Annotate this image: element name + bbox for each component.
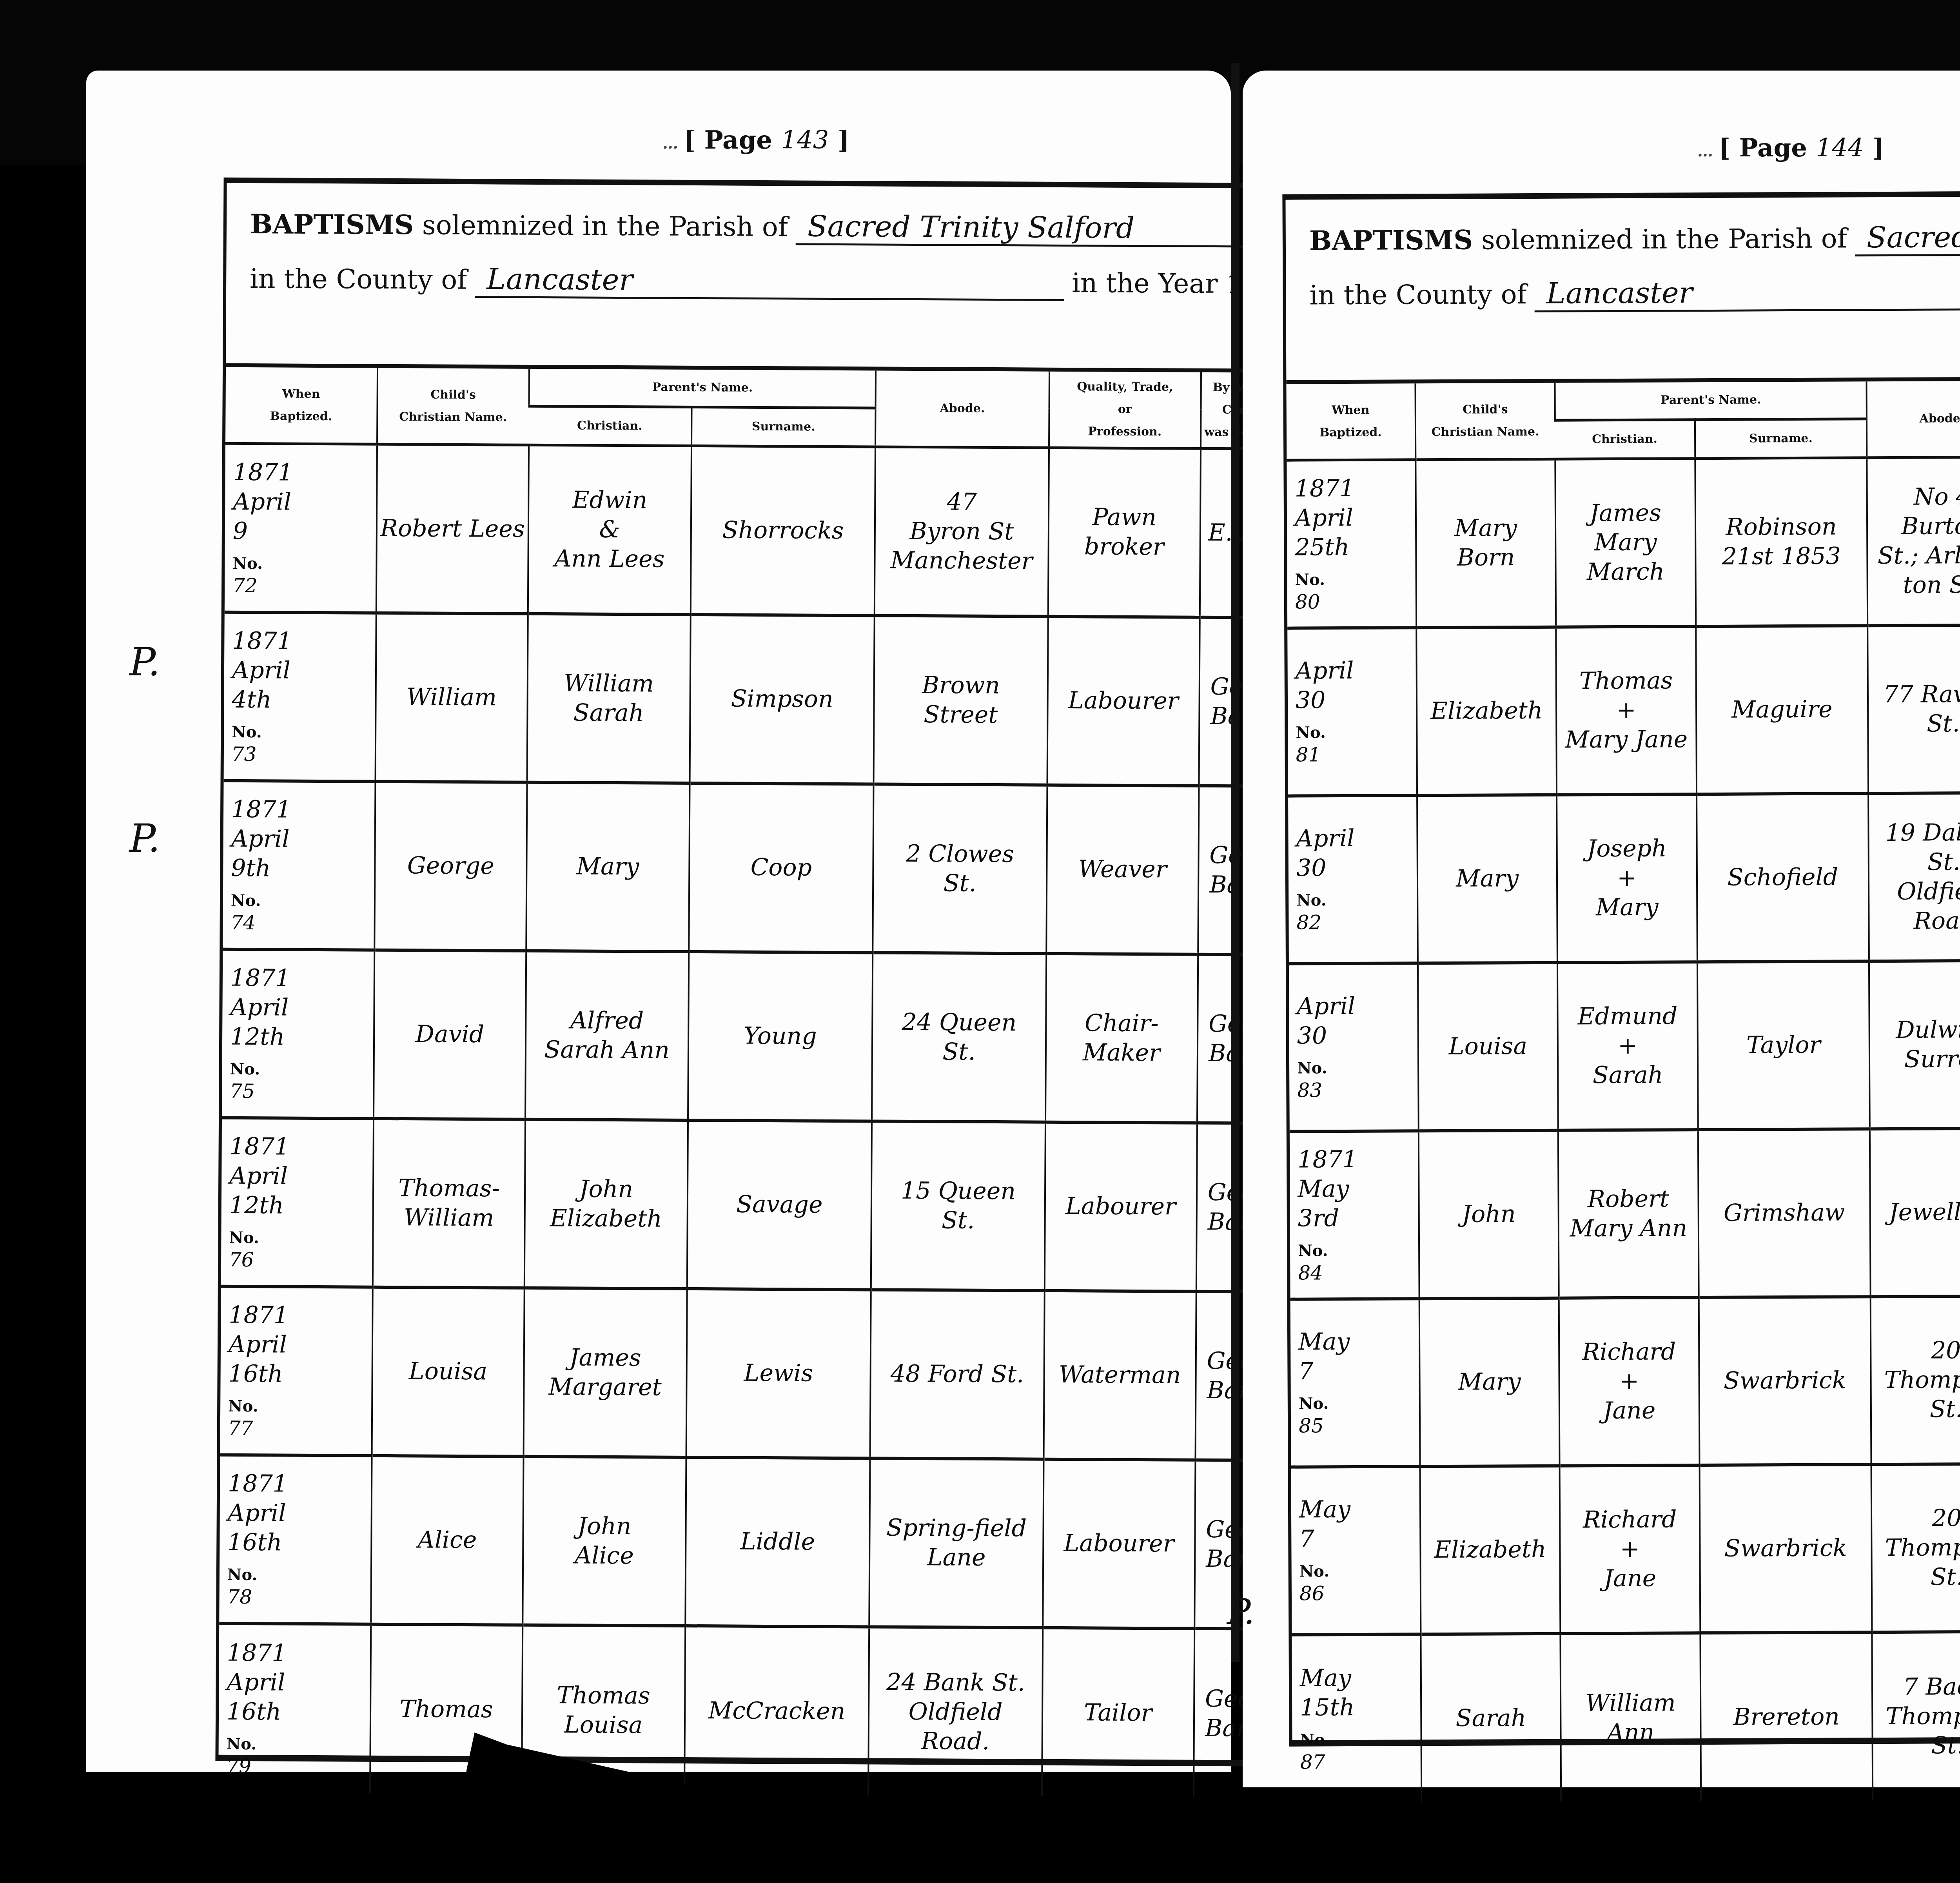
text-line: Grimshaw xyxy=(1701,1198,1867,1228)
entry-number: No. 83 xyxy=(1297,1058,1415,1103)
col-parent-surname: Surname. xyxy=(691,407,876,447)
heading-baptisms: BAPTISMS xyxy=(1309,225,1473,257)
text-line: Joseph xyxy=(1560,834,1694,863)
text-line: 25th xyxy=(1295,532,1413,562)
text-line: St. xyxy=(1871,709,1960,739)
cell-child-name: David xyxy=(374,950,526,1119)
cell-child-name: William xyxy=(375,613,528,782)
text-line: Thompson xyxy=(1875,1533,1960,1563)
text-line: Margaret xyxy=(527,1372,683,1402)
text-line: Elizabeth xyxy=(528,1203,684,1234)
cell-trade: Labourer xyxy=(1043,1459,1195,1628)
text-line: William xyxy=(531,668,687,698)
cell-trade: Tailor xyxy=(1042,1627,1194,1797)
cell-parent-surname: Swarbrick xyxy=(1699,1297,1871,1465)
text-line: Road. xyxy=(872,1726,1039,1756)
text-line: April xyxy=(229,1161,370,1192)
entry-number: No. 76 xyxy=(229,1228,370,1273)
register-entry-row: 1871May3rdNo. 84JohnRobertMary AnnGrimsh… xyxy=(1290,1127,1960,1299)
text-line: Louisa xyxy=(375,1357,521,1387)
cell-parent-surname: Savage xyxy=(687,1120,872,1289)
text-line: Sarah xyxy=(1424,1703,1558,1733)
cell-parent-christian: Thomas+Mary Jane xyxy=(1556,626,1696,795)
col-child-name: Child'sChristian Name. xyxy=(1415,383,1555,460)
text-line: Jane xyxy=(1563,1564,1697,1593)
cell-parent-surname: Grimshaw xyxy=(1698,1129,1870,1297)
entry-number: No. 84 xyxy=(1298,1241,1416,1285)
text-line: Edmund xyxy=(1561,1001,1695,1031)
text-line: 24 Queen xyxy=(876,1007,1043,1038)
cell-abode: 19 Dalton St.OldfieldRoad xyxy=(1868,793,1960,961)
cell-when-baptized: 1871April12thNo. 75 xyxy=(222,949,374,1118)
cell-parent-christian: WilliamAnn xyxy=(1561,1633,1701,1801)
text-line: 24 Bank St. xyxy=(872,1667,1040,1698)
pencil-mark: … xyxy=(662,134,678,152)
cell-when-baptized: 1871April25thNo. 80 xyxy=(1287,460,1416,628)
text-line: Coop xyxy=(692,853,870,883)
text-line: No 4 Burton xyxy=(1870,482,1960,542)
text-line: Alice xyxy=(374,1525,520,1555)
text-line: Brown xyxy=(877,670,1045,700)
cell-parent-surname: Young xyxy=(688,951,873,1121)
text-line: Louisa xyxy=(1421,1032,1555,1061)
text-line: Byron St xyxy=(878,516,1045,546)
entry-number-value: 75 xyxy=(230,1079,370,1104)
text-line: St. xyxy=(1874,1395,1960,1425)
text-line: 20 xyxy=(1875,1504,1960,1534)
cell-when-baptized: April30No. 82 xyxy=(1288,795,1418,963)
entry-number: No. 80 xyxy=(1295,570,1413,614)
text-line: 30 xyxy=(1296,686,1414,715)
text-line: + xyxy=(1559,695,1693,725)
cell-parent-surname: Shorrocks xyxy=(690,446,875,615)
register-entry-row: April30No. 83LouisaEdmund+SarahTaylorDul… xyxy=(1289,959,1960,1131)
entry-number-value: 76 xyxy=(229,1248,370,1273)
cell-child-name: George xyxy=(374,781,527,951)
text-line: 77 Ravald xyxy=(1871,679,1960,709)
col-abode: Abode. xyxy=(1867,381,1960,458)
text-line: Robert Lees xyxy=(380,514,525,544)
text-line: 48 Ford St. xyxy=(874,1359,1041,1389)
cell-child-name: Robert Lees xyxy=(376,444,529,613)
text-line: 12th xyxy=(229,1191,370,1221)
cell-child-name: Alice xyxy=(371,1455,523,1625)
text-line: 16th xyxy=(227,1528,368,1558)
text-line: 47 xyxy=(878,487,1045,517)
entry-number-value: 72 xyxy=(232,573,373,598)
text-line: George xyxy=(378,851,523,881)
cell-trade: Chair-Maker xyxy=(1045,953,1198,1123)
register-entry-row: May7No. 86ElizabethRichard+JaneSwarbrick… xyxy=(1291,1462,1960,1634)
text-line: April xyxy=(230,993,371,1023)
entry-number: No. 75 xyxy=(230,1059,371,1104)
entry-number: No. 78 xyxy=(227,1565,368,1610)
text-line: James xyxy=(527,1342,684,1373)
text-line: 21st 1853 xyxy=(1699,542,1864,572)
entries-table: WhenBaptized. Child'sChristian Name. Par… xyxy=(1286,379,1960,1802)
text-line: May xyxy=(1298,1327,1416,1357)
cell-parent-surname: Liddle xyxy=(685,1457,870,1626)
cell-abode: 24 Bank St.OldfieldRoad. xyxy=(868,1627,1042,1796)
text-line: John xyxy=(1422,1199,1555,1229)
text-line: Sarah xyxy=(1561,1060,1695,1090)
cell-parent-surname: Swarbrick xyxy=(1699,1464,1872,1633)
entry-number-value: 83 xyxy=(1297,1078,1415,1103)
entry-number-value: 87 xyxy=(1300,1750,1418,1775)
entry-number: No. 87 xyxy=(1300,1730,1418,1775)
text-line: 20 xyxy=(1874,1336,1960,1366)
register-entry-row: 1871April12thNo. 75DavidAlfredSarah AnnY… xyxy=(222,949,1306,1123)
cell-when-baptized: 1871April16thNo. 78 xyxy=(219,1455,372,1624)
cell-when-baptized: 1871May3rdNo. 84 xyxy=(1290,1131,1419,1299)
register-entry-row: April30No. 81ElizabethThomas+Mary JaneMa… xyxy=(1287,624,1960,796)
text-line: Brereton xyxy=(1704,1702,1869,1732)
text-line: 1871 xyxy=(231,795,372,825)
cell-child-name: Louisa xyxy=(1418,962,1558,1131)
text-line: Edwin xyxy=(532,485,688,515)
text-line: Elizabeth xyxy=(1420,696,1553,726)
text-line: Taylor xyxy=(1700,1030,1866,1060)
entry-number: No. 72 xyxy=(232,553,374,598)
register-entry-row: May7No. 85MaryRichard+JaneSwarbrick20Tho… xyxy=(1290,1295,1960,1467)
cell-abode: 15 QueenSt. xyxy=(871,1121,1045,1290)
cell-parent-christian: JamesMargaret xyxy=(523,1288,687,1457)
margin-note-p: P. xyxy=(129,639,160,685)
text-line: 1871 xyxy=(1294,473,1412,503)
cell-parent-surname: Maguire xyxy=(1696,626,1868,794)
cell-child-name: Mary xyxy=(1419,1298,1560,1466)
entry-number-value: 79 xyxy=(226,1754,367,1779)
cell-parent-surname: Robinson21st 1853 xyxy=(1695,458,1867,626)
text-line: Weaver xyxy=(1050,854,1195,885)
text-line: St. xyxy=(875,1037,1043,1067)
cell-parent-surname: Taylor xyxy=(1697,961,1870,1130)
cell-parent-christian: Edmund+Sarah xyxy=(1557,962,1698,1130)
text-line: Richard xyxy=(1563,1505,1697,1535)
text-line: + xyxy=(1561,1031,1695,1061)
text-line: Simpson xyxy=(693,684,871,714)
cell-child-name: John xyxy=(1419,1130,1559,1299)
text-line: Liddle xyxy=(689,1527,867,1557)
cell-abode: 48 Ford St. xyxy=(870,1290,1044,1459)
text-line: April xyxy=(228,1498,368,1529)
entry-number-value: 73 xyxy=(232,742,372,767)
register-entry-row: 1871April25thNo. 80MaryBornJamesMaryMarc… xyxy=(1287,456,1960,628)
cell-when-baptized: 1871April4thNo. 73 xyxy=(224,612,376,781)
cell-trade: Waterman xyxy=(1044,1290,1196,1460)
cell-child-name: MaryBorn xyxy=(1416,459,1556,628)
col-when-baptized: WhenBaptized. xyxy=(225,367,377,444)
cell-parent-surname: Schofield xyxy=(1697,793,1869,962)
text-line: Thompson St. xyxy=(1875,1702,1960,1761)
baptism-register-table: BAPTISMS solemnized in the Parish of Sac… xyxy=(215,178,1313,1767)
cell-trade: Labourer xyxy=(1044,1122,1197,1291)
entry-number: No. 73 xyxy=(232,722,373,767)
text-line: Spring-field xyxy=(873,1513,1040,1543)
entry-number: No. 82 xyxy=(1296,891,1414,935)
text-line: 1871 xyxy=(228,1469,368,1499)
cell-abode: No 4 BurtonSt.; Arling-ton St. xyxy=(1867,457,1960,626)
register-entry-row: 1871April9No. 72Robert LeesEdwin&Ann Lee… xyxy=(225,443,1309,617)
text-line: Savage xyxy=(690,1190,868,1220)
text-line: 4th xyxy=(232,685,372,715)
text-line: 7 xyxy=(1299,1524,1417,1554)
cell-when-baptized: 1871April12thNo. 76 xyxy=(221,1117,374,1287)
text-line: Jane xyxy=(1563,1396,1696,1426)
cell-abode: 20ThompsonSt. xyxy=(1871,1464,1960,1632)
right-page: …[ Page 144 ] P. BAPTISMS solemnized in … xyxy=(1243,71,1960,1787)
cell-when-baptized: May7No. 86 xyxy=(1291,1466,1421,1634)
entry-number: No. 77 xyxy=(228,1397,369,1441)
text-line: Jewell St. xyxy=(1873,1197,1960,1228)
text-line: & xyxy=(532,515,688,545)
text-line: 1871 xyxy=(227,1638,368,1669)
text-line: April xyxy=(1295,503,1413,533)
text-line: 1871 xyxy=(1298,1145,1416,1174)
text-line: Road xyxy=(1872,906,1960,936)
text-line: Labourer xyxy=(1046,1529,1192,1559)
cell-when-baptized: May7No. 85 xyxy=(1290,1299,1420,1467)
text-line: April xyxy=(1296,824,1414,854)
register-entry-row: 1871April9thNo. 74GeorgeMaryCoop2 Clowes… xyxy=(223,780,1307,954)
text-line: April xyxy=(227,1668,367,1698)
cell-abode: DulwichSurrey xyxy=(1869,960,1960,1129)
entry-number: No. 74 xyxy=(230,891,372,936)
cell-abode: 20ThompsonSt. xyxy=(1871,1296,1960,1464)
text-line: Surrey xyxy=(1873,1044,1960,1074)
text-line: April xyxy=(233,487,374,517)
text-line: Waterman xyxy=(1047,1360,1192,1390)
text-line: James xyxy=(1559,498,1692,528)
text-line: Mary Jane xyxy=(1560,725,1693,755)
scan-background-bottom xyxy=(0,1787,1960,1883)
text-line: Thomas xyxy=(525,1680,682,1711)
text-line: 1871 xyxy=(229,1132,370,1162)
cell-when-baptized: 1871April16thNo. 77 xyxy=(220,1286,373,1455)
text-line: 7 Back- xyxy=(1875,1672,1960,1702)
text-line: Louisa xyxy=(525,1710,682,1740)
text-line: David xyxy=(377,1020,523,1050)
cell-trade: Labourer xyxy=(1047,616,1200,785)
text-line: Pawn xyxy=(1051,502,1197,533)
text-line: Labourer xyxy=(1048,1192,1193,1222)
cell-abode: 24 QueenSt. xyxy=(872,952,1046,1122)
cell-child-name: Elizabeth xyxy=(1420,1466,1560,1634)
text-line: Alfred xyxy=(529,1005,685,1036)
cell-trade: Weaver xyxy=(1046,785,1199,954)
parish-name: Sacred Trinity Salford xyxy=(796,209,1287,248)
text-line: 15 Queen xyxy=(875,1176,1042,1206)
text-line: McCracken xyxy=(688,1696,866,1726)
entry-number: No. 81 xyxy=(1296,723,1414,767)
text-line: St. xyxy=(1875,1562,1960,1593)
text-line: St. xyxy=(875,1205,1042,1235)
cell-when-baptized: April30No. 83 xyxy=(1289,963,1419,1131)
text-line: Maguire xyxy=(1699,695,1865,725)
cell-parent-christian: JohnAlice xyxy=(523,1456,686,1625)
book-gutter xyxy=(1231,63,1240,1662)
cell-when-baptized: May15thNo. 87 xyxy=(1292,1634,1421,1802)
text-line: Richard xyxy=(1562,1337,1696,1367)
register-entry-row: May15thNo. 87SarahWilliamAnnBrereton7 Ba… xyxy=(1292,1630,1960,1802)
text-line: broker xyxy=(1051,532,1197,562)
col-parent-christian: Christian. xyxy=(1555,419,1695,459)
text-line: Dulwich xyxy=(1873,1015,1960,1045)
text-line: 12th xyxy=(230,1022,371,1052)
text-line: April xyxy=(229,1330,369,1360)
col-abode: Abode. xyxy=(875,370,1049,448)
cell-abode: Jewell St. xyxy=(1870,1128,1960,1297)
text-line: Elizabeth xyxy=(1423,1535,1557,1565)
text-line: Mary xyxy=(1423,1367,1556,1397)
text-line: May xyxy=(1299,1495,1417,1525)
cell-parent-christian: JohnElizabeth xyxy=(524,1119,688,1288)
entry-number-value: 84 xyxy=(1298,1260,1416,1285)
text-line: Ann Lees xyxy=(531,544,688,574)
cell-parent-surname: McCracken xyxy=(684,1625,869,1795)
cell-parent-surname: Simpson xyxy=(690,614,875,784)
cell-parent-christian: Mary xyxy=(526,782,690,951)
text-line: St. xyxy=(876,868,1044,898)
text-line: 3rd xyxy=(1298,1203,1416,1233)
register-entry-row: April30No. 82MaryJoseph+MarySchofield19 … xyxy=(1288,791,1960,963)
text-line: Thomas-William xyxy=(376,1173,522,1233)
entry-number-value: 82 xyxy=(1296,910,1414,935)
text-line: May xyxy=(1300,1663,1418,1693)
text-line: 19 Dalton St. xyxy=(1871,818,1960,877)
register-entry-row: 1871April16thNo. 78AliceJohnAliceLiddleS… xyxy=(219,1455,1303,1629)
cell-parent-christian: WilliamSarah xyxy=(527,613,690,783)
col-parent-christian: Christian. xyxy=(529,406,691,446)
county-name: Lancaster xyxy=(1534,274,1960,312)
cell-trade: Pawnbroker xyxy=(1048,448,1200,617)
text-line: Oldfield xyxy=(1872,876,1960,907)
text-line: 1871 xyxy=(230,963,371,994)
text-line: 1871 xyxy=(233,457,374,488)
text-line: March xyxy=(1559,557,1693,587)
cell-abode: 7 Back-Thompson St. xyxy=(1872,1631,1960,1800)
text-line: Lewis xyxy=(690,1358,867,1388)
text-line: April xyxy=(1297,992,1415,1021)
text-line: Lane xyxy=(873,1542,1040,1573)
text-line: Shorrocks xyxy=(694,515,872,546)
text-line: April xyxy=(232,656,373,686)
text-line: Mary xyxy=(1560,893,1694,922)
cell-abode: 2 ClowesSt. xyxy=(873,784,1047,953)
page-number-143: …[ Page 143 ] xyxy=(662,125,849,155)
col-parents-name: Parent's Name. xyxy=(1555,381,1867,420)
register-heading: BAPTISMS solemnized in the Parish of Sac… xyxy=(226,183,1310,373)
entry-number-value: 80 xyxy=(1295,589,1413,614)
cell-when-baptized: 1871April9No. 72 xyxy=(225,443,377,613)
text-line: ton St. xyxy=(1871,570,1960,600)
text-line: Labourer xyxy=(1051,686,1196,716)
parish-name: Sacred Trinity, Salford xyxy=(1855,219,1960,257)
register-heading: BAPTISMS solemnized in the Parish of Sac… xyxy=(1285,195,1960,384)
text-line: 1871 xyxy=(232,626,373,657)
text-line: Born xyxy=(1419,543,1553,573)
cell-parent-surname: Brereton xyxy=(1700,1632,1873,1801)
text-line: Swarbrick xyxy=(1702,1366,1868,1396)
text-line: + xyxy=(1560,863,1694,893)
text-line: 9 xyxy=(233,516,374,546)
text-line: Thompson xyxy=(1874,1365,1960,1395)
cell-when-baptized: April30No. 81 xyxy=(1287,628,1417,796)
text-line: Robinson xyxy=(1699,512,1864,542)
text-line: 1871 xyxy=(229,1301,369,1331)
text-line: Tailor xyxy=(1045,1698,1191,1728)
text-line: Thomas xyxy=(374,1694,519,1725)
text-line: Mary Ann xyxy=(1562,1214,1695,1243)
text-line: Chair- xyxy=(1049,1008,1194,1038)
cell-parent-christian: Edwin&Ann Lees xyxy=(528,445,691,614)
entry-number-value: 81 xyxy=(1296,742,1414,767)
margin-note-p: P. xyxy=(1227,1591,1255,1633)
cell-parent-christian: RobertMary Ann xyxy=(1558,1130,1699,1298)
margin-note-p: P. xyxy=(129,815,160,861)
cell-abode: Spring-fieldLane xyxy=(869,1458,1044,1627)
text-line: Manchester xyxy=(878,546,1045,576)
cell-parent-christian: JamesMaryMarch xyxy=(1555,459,1696,627)
text-line: Mary xyxy=(530,852,686,882)
entry-number-value: 74 xyxy=(230,911,371,936)
text-line: April xyxy=(1296,656,1414,686)
text-line: Mary xyxy=(1559,528,1692,557)
register-entry-row: 1871April16thNo. 77LouisaJamesMargaretLe… xyxy=(220,1286,1305,1460)
cell-abode: BrownStreet xyxy=(874,615,1048,785)
text-line: John xyxy=(528,1174,684,1204)
text-line: 16th xyxy=(227,1697,367,1727)
text-line: Schofield xyxy=(1700,862,1866,893)
text-line: 9th xyxy=(231,854,372,884)
register-entry-row: 1871April12thNo. 76Thomas-WilliamJohnEli… xyxy=(221,1117,1305,1292)
text-line: May xyxy=(1298,1174,1416,1204)
text-line: Street xyxy=(877,700,1045,730)
entry-number-value: 86 xyxy=(1299,1581,1417,1606)
text-line: Alice xyxy=(526,1540,682,1571)
cell-child-name: Thomas-William xyxy=(373,1118,525,1288)
left-page: …[ Page 143 ] P. P. BAPTISMS solemnized … xyxy=(86,71,1231,1772)
cell-when-baptized: 1871April16thNo. 79 xyxy=(218,1623,371,1792)
register-entry-row: 1871April16thNo. 79ThomasThomasLouisaMcC… xyxy=(218,1623,1303,1797)
text-line: Thomas xyxy=(1559,666,1693,696)
text-line: + xyxy=(1563,1534,1697,1564)
text-line: Robert xyxy=(1562,1184,1695,1214)
pencil-mark: … xyxy=(1697,142,1713,160)
text-line: 30 xyxy=(1297,1021,1415,1051)
text-line: 2 Clowes xyxy=(877,839,1044,869)
cell-child-name: Mary xyxy=(1417,795,1557,963)
text-line: Swarbrick xyxy=(1703,1533,1869,1564)
text-line: John xyxy=(526,1511,682,1541)
col-child-name: Child'sChristian Name. xyxy=(377,368,529,445)
cell-parent-christian: Richard+Jane xyxy=(1560,1465,1700,1634)
text-line: 30 xyxy=(1296,853,1414,883)
text-line: Mary xyxy=(1421,864,1554,894)
text-line: William xyxy=(1564,1688,1697,1718)
cell-abode: 47Byron StManchester xyxy=(875,447,1049,616)
text-line: Mary xyxy=(1419,513,1553,543)
col-trade: Quality, Trade,orProfession. xyxy=(1049,372,1201,449)
entry-number: No. 79 xyxy=(226,1734,367,1779)
entry-number-value: 85 xyxy=(1299,1413,1417,1439)
cell-child-name: Louisa xyxy=(372,1287,524,1456)
heading-baptisms: BAPTISMS xyxy=(250,209,414,241)
text-line: Oldfield xyxy=(872,1697,1039,1727)
cell-abode: 77 RavaldSt. xyxy=(1867,625,1960,793)
text-line: 16th xyxy=(228,1359,369,1390)
col-when-baptized: WhenBaptized. xyxy=(1286,383,1416,460)
